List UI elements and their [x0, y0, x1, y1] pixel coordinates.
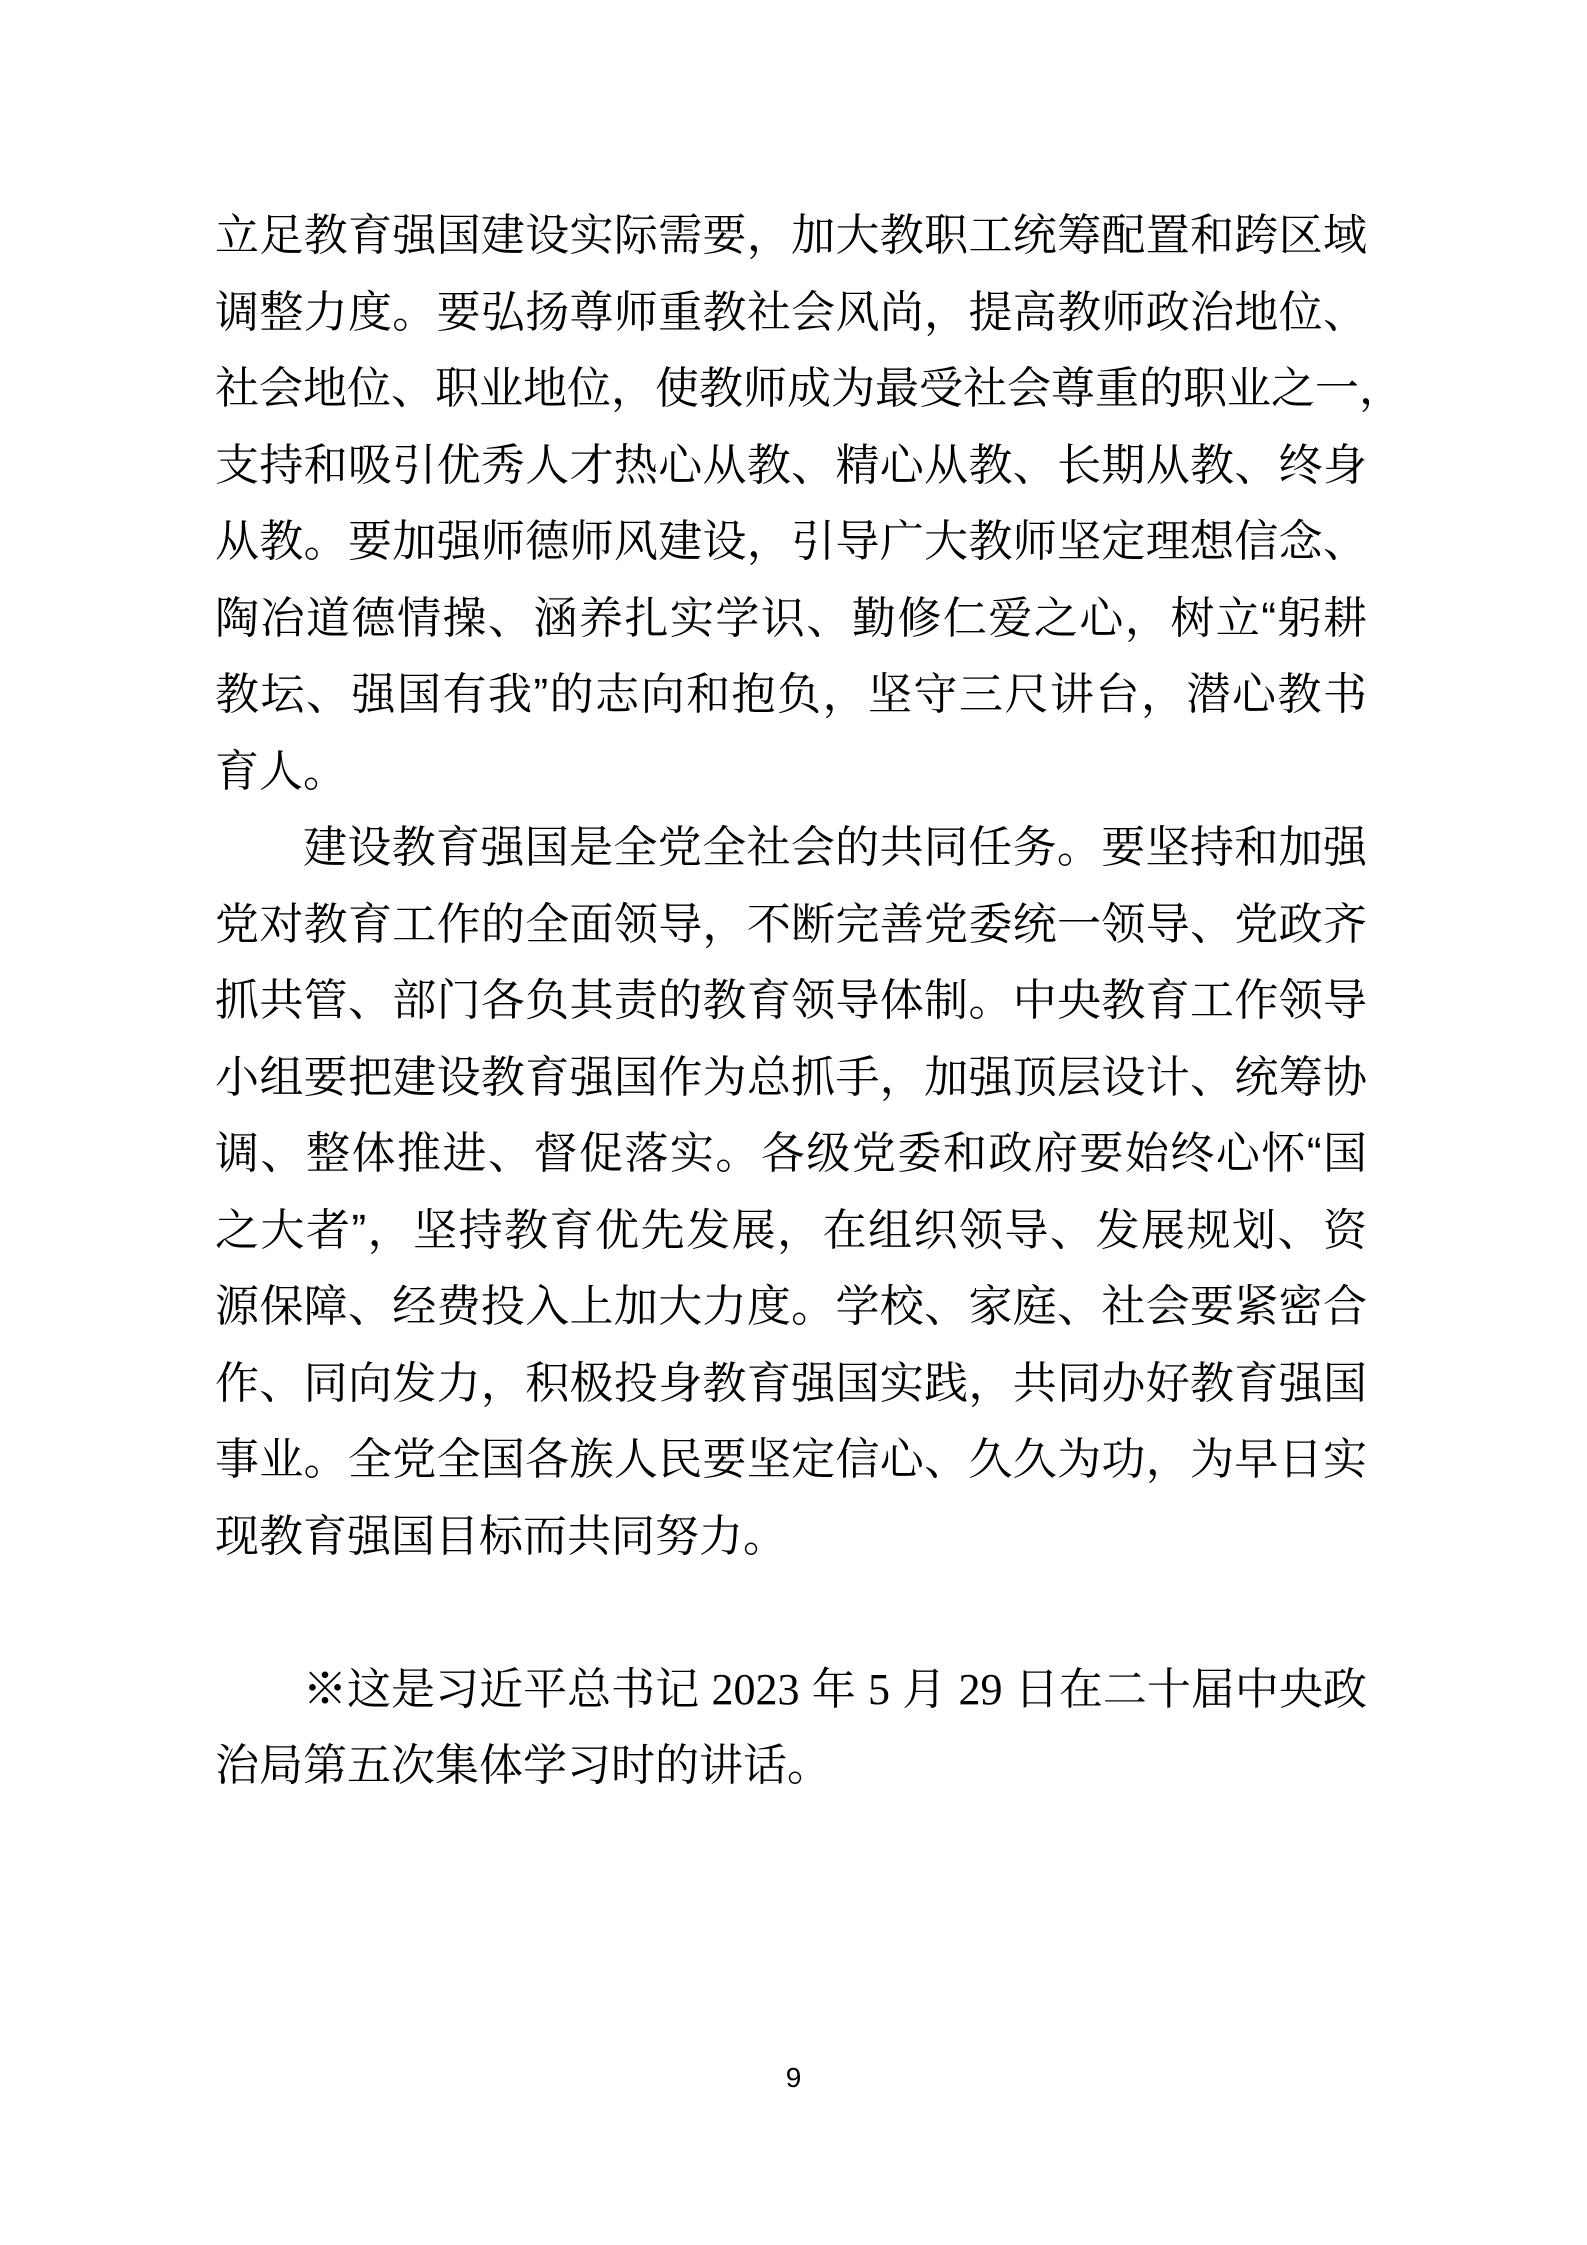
paragraph-1-line: 从教。要加强师德师风建设，引导广大教师坚定理想信念、: [215, 504, 1367, 581]
footnote-text-segment: 年: [799, 1665, 868, 1714]
paragraph-2-line: 党对教育工作的全面领导，不断完善党委统一领导、党政齐: [215, 887, 1367, 964]
paragraph-2-line: 之大者”，坚持教育优先发展，在组织领导、发展规划、资: [215, 1193, 1367, 1270]
paragraph-2: 建设教育强国是全党全社会的共同任务。要坚持和加强 党对教育工作的全面领导，不断完…: [215, 810, 1367, 1575]
footnote-text-segment: ※这是习近平总书记: [303, 1665, 711, 1714]
paragraph-2-line: 建设教育强国是全党全社会的共同任务。要坚持和加强: [215, 810, 1367, 887]
paragraph-2-line: 调、整体推进、督促落实。各级党委和政府要始终心怀“国: [215, 1116, 1367, 1193]
paragraph-2-line: 事业。全党全国各族人民要坚定信心、久久为功，为早日实: [215, 1422, 1367, 1499]
paragraph-2-line: 作、同向发力，积极投身教育强国实践，共同办好教育强国: [215, 1346, 1367, 1423]
paragraph-1-line: 社会地位、职业地位，使教师成为最受社会尊重的职业之一，: [215, 351, 1367, 428]
paragraph-2-line: 源保障、经费投入上加大力度。学校、家庭、社会要紧密合: [215, 1269, 1367, 1346]
footnote-line: ※这是习近平总书记 2023 年 5 月 29 日在二十届中央政: [215, 1652, 1367, 1729]
footnote-paragraph: ※这是习近平总书记 2023 年 5 月 29 日在二十届中央政 治局第五次集体…: [215, 1652, 1367, 1805]
footnote-year-number: 2023: [711, 1665, 799, 1714]
footnote-month-number: 5: [868, 1665, 890, 1714]
paragraph-1-line: 立足教育强国建设实际需要，加大教职工统筹配置和跨区域: [215, 198, 1367, 275]
paragraph-1: 立足教育强国建设实际需要，加大教职工统筹配置和跨区域 调整力度。要弘扬尊师重教社…: [215, 198, 1367, 810]
paragraph-1-line: 教坛、强国有我”的志向和抱负，坚守三尺讲台，潜心教书: [215, 657, 1367, 734]
paragraph-1-line: 支持和吸引优秀人才热心从教、精心从教、长期从教、终身: [215, 428, 1367, 505]
page-number: 9: [0, 2060, 1587, 2096]
footnote-text-segment: 日在二十届中央政: [1003, 1665, 1367, 1714]
document-text-block: 立足教育强国建设实际需要，加大教职工统筹配置和跨区域 调整力度。要弘扬尊师重教社…: [215, 198, 1367, 1805]
paragraph-2-line: 小组要把建设教育强国作为总抓手，加强顶层设计、统筹协: [215, 1040, 1367, 1117]
footnote-day-number: 29: [959, 1665, 1003, 1714]
paragraph-1-line: 调整力度。要弘扬尊师重教社会风尚，提高教师政治地位、: [215, 275, 1367, 352]
paragraph-1-line: 育人。: [215, 734, 1367, 811]
paragraph-spacer: [215, 1575, 1367, 1652]
paragraph-1-line: 陶冶道德情操、涵养扎实学识、勤修仁爱之心，树立“躬耕: [215, 581, 1367, 658]
document-page: 立足教育强国建设实际需要，加大教职工统筹配置和跨区域 调整力度。要弘扬尊师重教社…: [0, 0, 1587, 2245]
footnote-line: 治局第五次集体学习时的讲话。: [215, 1728, 1367, 1805]
paragraph-2-line: 抓共管、部门各负其责的教育领导体制。中央教育工作领导: [215, 963, 1367, 1040]
paragraph-2-line: 现教育强国目标而共同努力。: [215, 1499, 1367, 1576]
footnote-text-segment: 月: [890, 1665, 959, 1714]
